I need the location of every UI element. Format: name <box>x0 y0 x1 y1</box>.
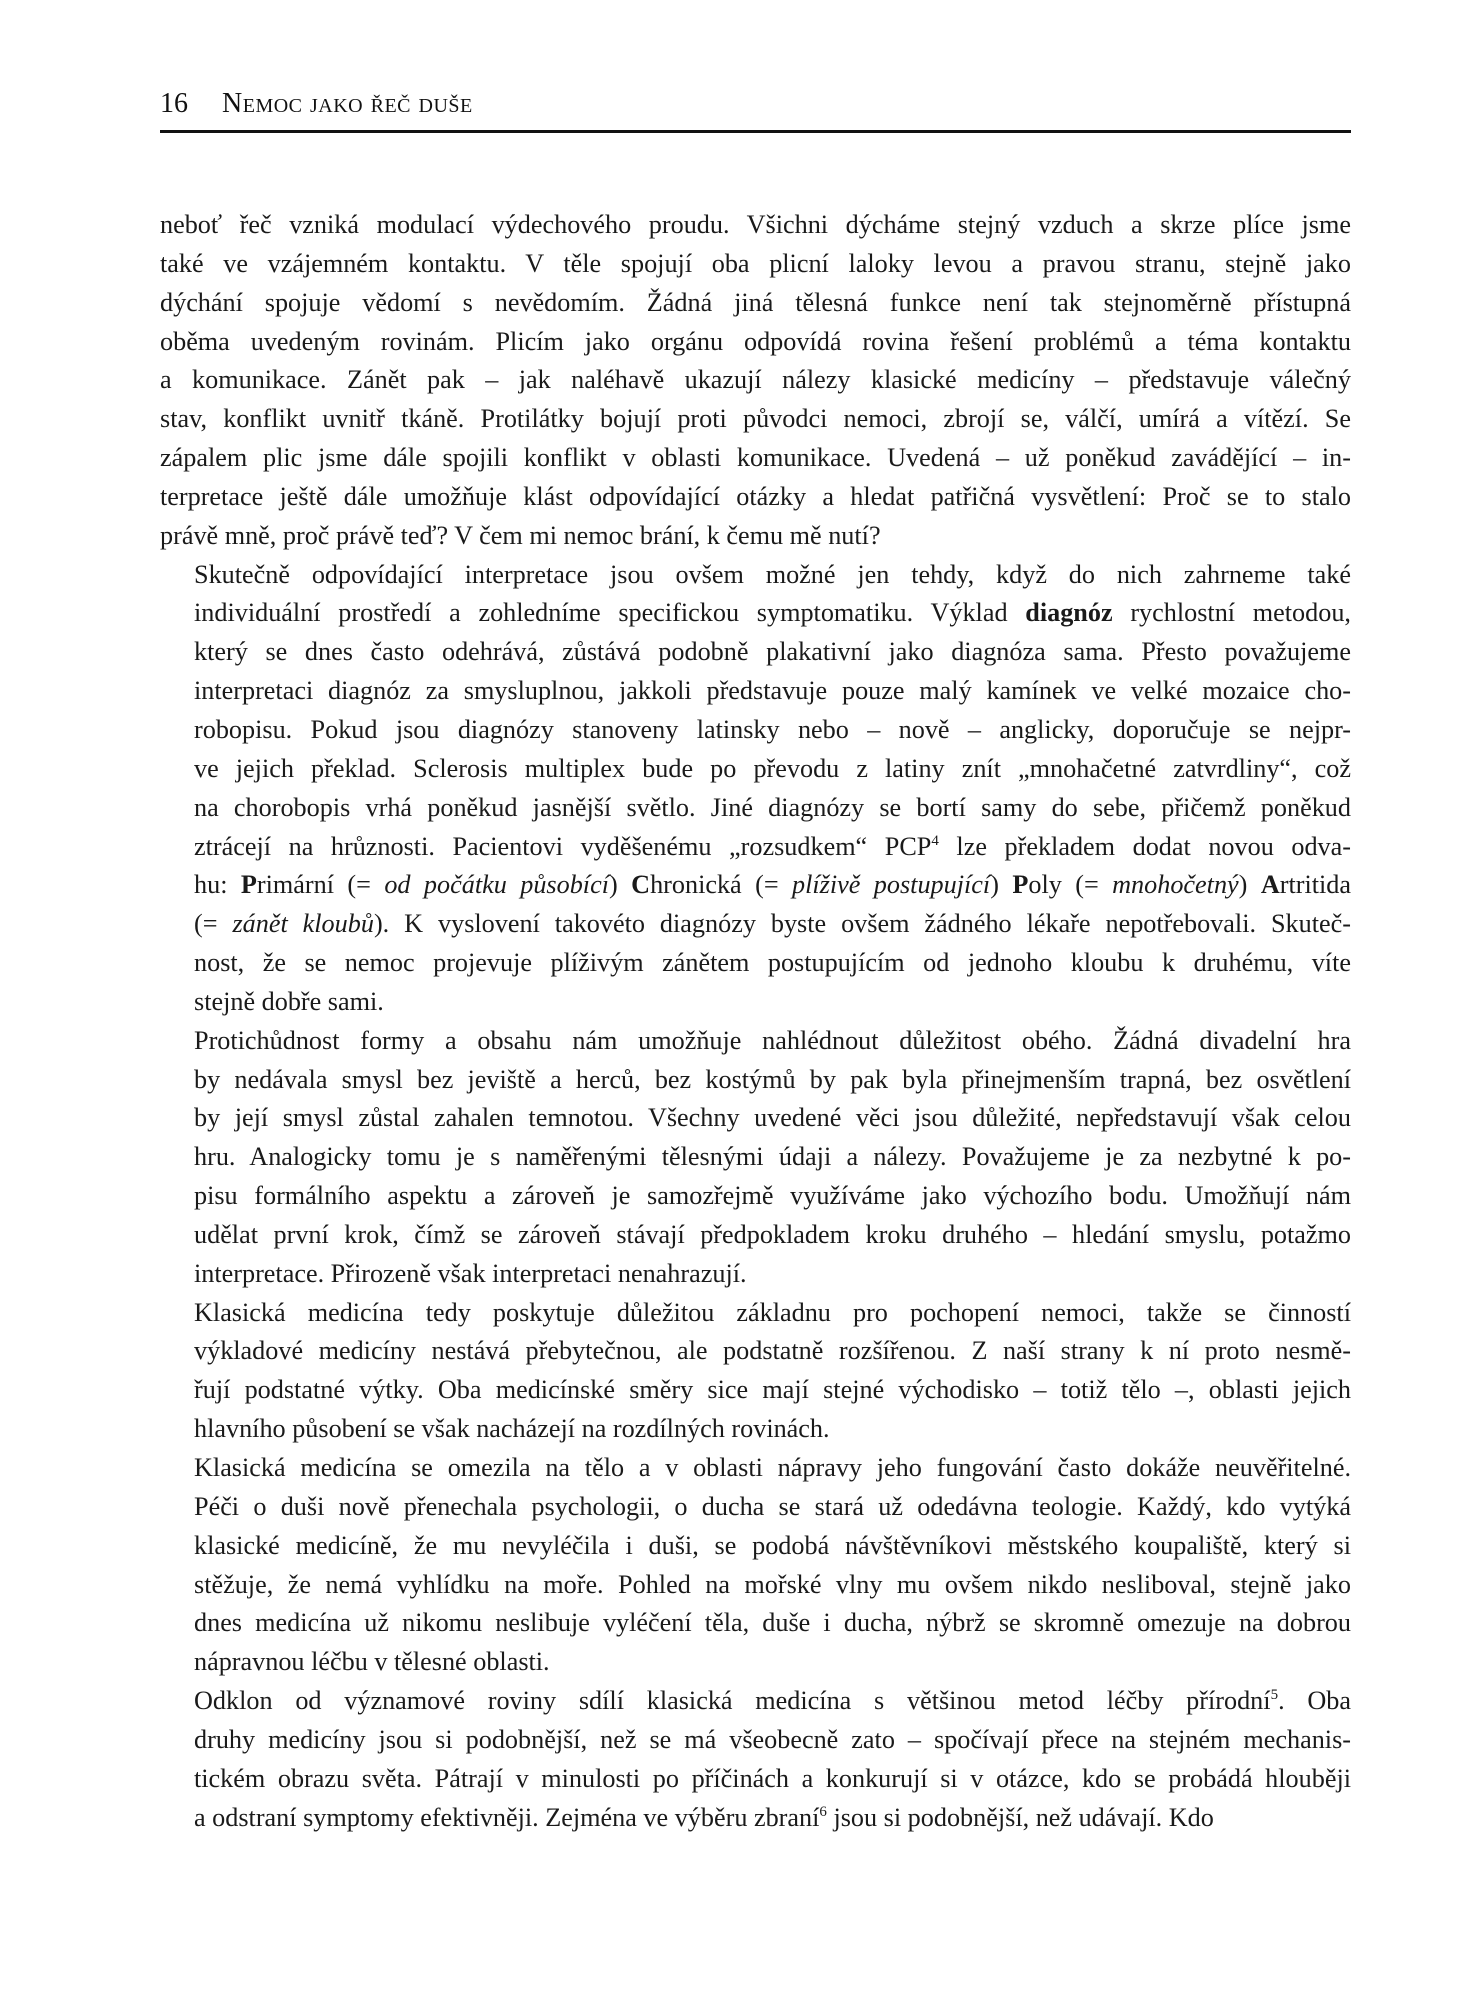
text-line: druhy medicíny jsou si podobnější, než s… <box>160 1721 1351 1760</box>
text-line: Skutečně odpovídající interpretace jsou … <box>160 556 1351 595</box>
text-line: pisu formálního aspektu a zároveň je sam… <box>160 1177 1351 1216</box>
text-line: který se dnes často odehrává, zůstává po… <box>160 633 1351 672</box>
paragraph: Klasická medicína se omezila na tělo a v… <box>160 1449 1351 1682</box>
italic-text: plíživě postupující <box>792 870 990 899</box>
text-line: stav, konflikt uvnitř tkáně. Protilátky … <box>160 400 1351 439</box>
text-line: hlavního působení se však nacházejí na r… <box>160 1410 1351 1449</box>
text-line: nost, že se nemoc projevuje plíživým zán… <box>160 944 1351 983</box>
text-line: ztrácejí na hrůznosti. Pacientovi vyděše… <box>160 828 1351 867</box>
text-line: Odklon od významové roviny sdílí klasick… <box>160 1682 1351 1721</box>
text-line: by nedávala smysl bez jeviště a herců, b… <box>160 1061 1351 1100</box>
footnote-ref: 5 <box>1271 1687 1279 1703</box>
text-line: a odstraní symptomy efektivněji. Zejména… <box>160 1799 1351 1838</box>
footnote-ref: 4 <box>931 833 939 849</box>
text-line: (= zánět kloubů). K vyslovení takovéto d… <box>160 905 1351 944</box>
book-title: Nemoc jako řeč duše <box>222 88 473 119</box>
footnote-ref: 6 <box>819 1804 827 1820</box>
text-line: ve jejich překlad. Sclerosis multiplex b… <box>160 750 1351 789</box>
text-line: také ve vzájemném kontaktu. V těle spoju… <box>160 245 1351 284</box>
text-line: udělat první krok, čímž se zároveň stáva… <box>160 1216 1351 1255</box>
text-line: výkladové medicíny nestává přebytečnou, … <box>160 1332 1351 1371</box>
text-line: Klasická medicína se omezila na tělo a v… <box>160 1449 1351 1488</box>
text-line: řují podstatné výtky. Oba medicínské smě… <box>160 1371 1351 1410</box>
italic-text: od počátku působící <box>384 870 609 899</box>
running-head: 16Nemoc jako řeč duše <box>160 86 1351 122</box>
paragraph: Skutečně odpovídající interpretace jsou … <box>160 556 1351 1022</box>
text-line: stěžuje, že nemá vyhlídku na moře. Pohle… <box>160 1566 1351 1605</box>
text-line: tickém obrazu světa. Pátrají v minulosti… <box>160 1760 1351 1799</box>
paragraph: Protichůdnost formy a obsahu nám umožňuj… <box>160 1022 1351 1294</box>
italic-text: mnohočetný <box>1112 870 1239 899</box>
text-line: individuální prostředí a zohledníme spec… <box>160 594 1351 633</box>
text-line: právě mně, proč právě teď? V čem mi nemo… <box>160 517 1351 556</box>
text-line: Péči o duši nově přenechala psychologii,… <box>160 1488 1351 1527</box>
paragraph: Klasická medicína tedy poskytuje důležit… <box>160 1294 1351 1449</box>
bold-text: diagnóz <box>1025 598 1112 627</box>
text-line: neboť řeč vzniká modulací výdechového pr… <box>160 206 1351 245</box>
text-line: klasické medicíně, že mu nevyléčila i du… <box>160 1527 1351 1566</box>
text-line: Klasická medicína tedy poskytuje důležit… <box>160 1294 1351 1333</box>
text-line: terpretace ještě dále umožňuje klást odp… <box>160 478 1351 517</box>
bold-text: P <box>1012 870 1028 899</box>
page-number: 16 <box>160 86 222 122</box>
text-line: a komunikace. Zánět pak – jak naléhavě u… <box>160 361 1351 400</box>
text-line: hu: Primární (= od počátku působící) Chr… <box>160 866 1351 905</box>
text-line: interpretaci diagnóz za smysluplnou, jak… <box>160 672 1351 711</box>
text-line: oběma uvedeným rovinám. Plicím jako orgá… <box>160 323 1351 362</box>
text-line: Protichůdnost formy a obsahu nám umožňuj… <box>160 1022 1351 1061</box>
text-line: stejně dobře sami. <box>160 983 1351 1022</box>
paragraph: neboť řeč vzniká modulací výdechového pr… <box>160 206 1351 556</box>
text-line: nápravnou léčbu v tělesné oblasti. <box>160 1643 1351 1682</box>
text-line: zápalem plic jsme dále spojili konflikt … <box>160 439 1351 478</box>
text-line: robopisu. Pokud jsou diagnózy stanoveny … <box>160 711 1351 750</box>
text-line: dnes medicína už nikomu neslibuje vyléče… <box>160 1604 1351 1643</box>
text-line: interpretace. Přirozeně však interpretac… <box>160 1255 1351 1294</box>
italic-text: zánět kloubů <box>232 909 374 938</box>
text-line: na chorobopis vrhá poněkud jasnější svět… <box>160 789 1351 828</box>
text-line: dýchání spojuje vědomí s nevědomím. Žádn… <box>160 284 1351 323</box>
header-rule-divider <box>160 130 1351 133</box>
text-line: hru. Analogicky tomu je s naměřenými těl… <box>160 1138 1351 1177</box>
bold-text: A <box>1261 870 1280 899</box>
bold-text: C <box>631 870 650 899</box>
paragraph: Odklon od významové roviny sdílí klasick… <box>160 1682 1351 1837</box>
body-text: neboť řeč vzniká modulací výdechového pr… <box>160 206 1351 1837</box>
bold-text: P <box>241 870 257 899</box>
text-line: by její smysl zůstal zahalen temnotou. V… <box>160 1099 1351 1138</box>
